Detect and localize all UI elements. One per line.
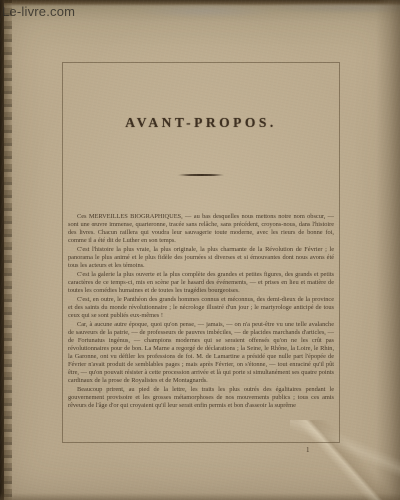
paragraph: Ces MERVEILLES BIOGRAPHIQUES, — au bas d…: [68, 213, 334, 245]
paragraph: C'est la galerie la plus ouverte et la p…: [68, 271, 334, 295]
page-number: 1: [306, 446, 310, 454]
page-title: AVANT-PROPOS.: [63, 115, 339, 131]
paragraph: Beaucoup prirent, au pied de la lettre, …: [68, 386, 334, 410]
book-binding-texture: [4, 0, 12, 500]
printed-rule-frame: AVANT-PROPOS. Ces MERVEILLES BIOGRAPHIQU…: [62, 62, 340, 443]
watermark: Le-livre.com: [2, 4, 75, 19]
body-text: Ces MERVEILLES BIOGRAPHIQUES, — au bas d…: [68, 213, 334, 410]
scanned-page: Le-livre.com AVANT-PROPOS. Ces MERVEILLE…: [0, 0, 400, 500]
paragraph: C'est l'histoire la plus vraie, la plus …: [68, 246, 334, 270]
paragraph: C'est, en outre, le Panthéon des grands …: [68, 296, 334, 320]
paragraph: Car, à aucune autre époque, quoi qu'on p…: [68, 321, 334, 385]
page-top-wear-mark: [110, 3, 400, 29]
ornament-divider: [178, 174, 224, 176]
